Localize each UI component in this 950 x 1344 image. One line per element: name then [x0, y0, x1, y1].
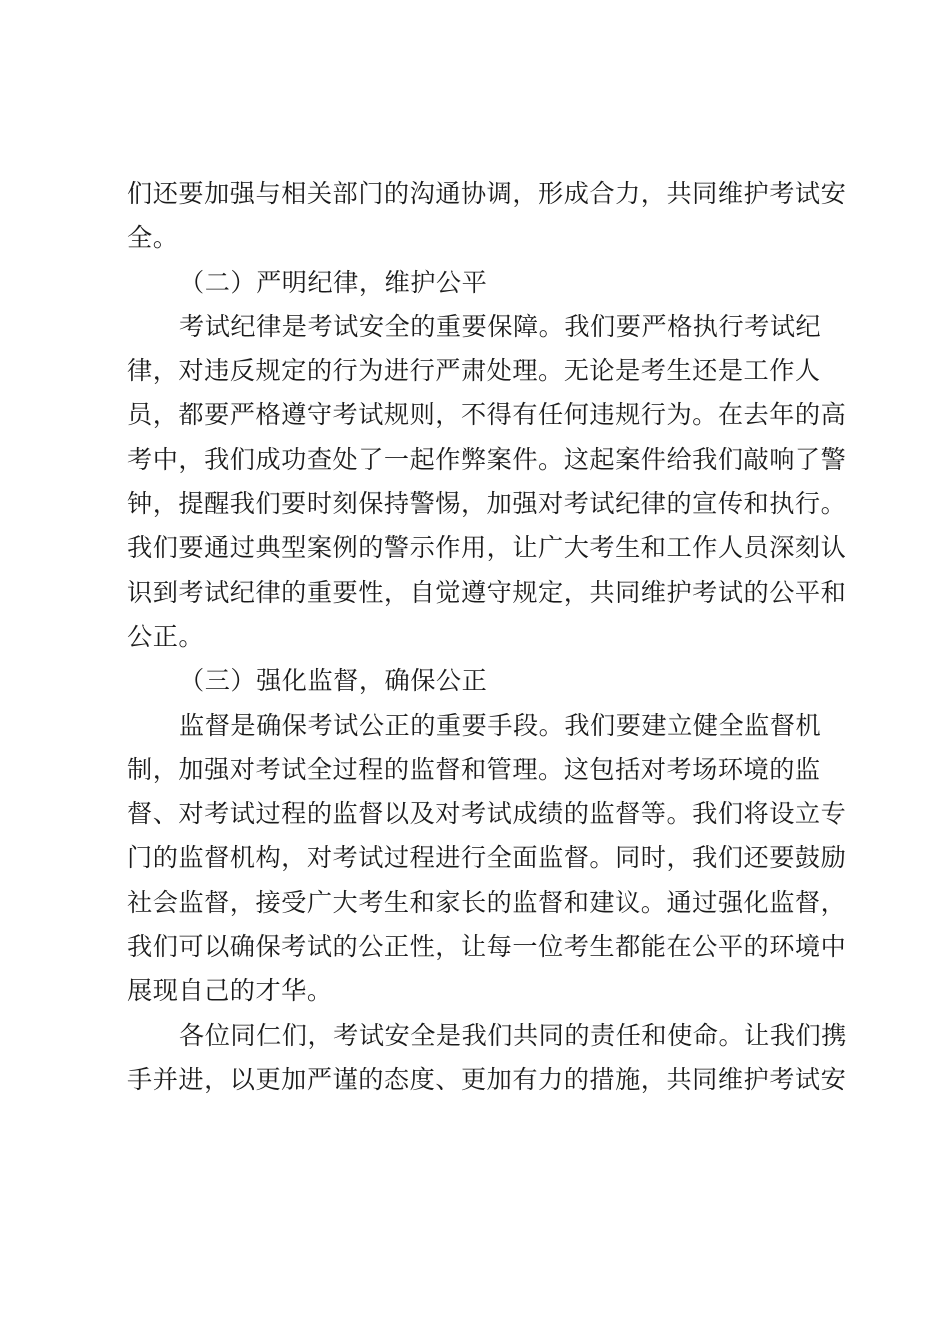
paragraph-line: 督、对考试过程的监督以及对考试成绩的监督等。我们将设立专 [127, 792, 833, 836]
paragraph-line: 员，都要严格遵守考试规则，不得有任何违规行为。在去年的高 [127, 393, 833, 437]
paragraph-line-start: 监督是确保考试公正的重要手段。我们要建立健全监督机 [127, 704, 833, 748]
paragraph-line-start: 各位同仁们，考试安全是我们共同的责任和使命。让我们携 [127, 1014, 833, 1058]
section-heading-2: （二）严明纪律，维护公平 [127, 261, 833, 305]
paragraph-line: 手并进，以更加严谨的态度、更加有力的措施，共同维护考试安 [127, 1058, 833, 1102]
paragraph-line: 我们要通过典型案例的警示作用，让广大考生和工作人员深刻认 [127, 526, 833, 570]
paragraph-line-start: 考试纪律是考试安全的重要保障。我们要严格执行考试纪 [127, 305, 833, 349]
paragraph-line: 门的监督机构，对考试过程进行全面监督。同时，我们还要鼓励 [127, 836, 833, 880]
paragraph-line: 展现自己的才华。 [127, 969, 833, 1013]
paragraph-line-continuation: 全。 [127, 216, 833, 260]
paragraph-line: 考中，我们成功查处了一起作弊案件。这起案件给我们敲响了警 [127, 438, 833, 482]
paragraph-line: 我们可以确保考试的公正性，让每一位考生都能在公平的环境中 [127, 925, 833, 969]
paragraph-line: 制，加强对考试全过程的监督和管理。这包括对考场环境的监 [127, 748, 833, 792]
paragraph-line: 律，对违反规定的行为进行严肃处理。无论是考生还是工作人 [127, 349, 833, 393]
paragraph-line: 社会监督，接受广大考生和家长的监督和建议。通过强化监督， [127, 881, 833, 925]
paragraph-line: 钟，提醒我们要时刻保持警惕，加强对考试纪律的宣传和执行。 [127, 482, 833, 526]
paragraph-line: 公正。 [127, 615, 833, 659]
paragraph-line-continuation: 们还要加强与相关部门的沟通协调，形成合力，共同维护考试安 [127, 172, 833, 216]
paragraph-line: 识到考试纪律的重要性，自觉遵守规定，共同维护考试的公平和 [127, 571, 833, 615]
document-page: 们还要加强与相关部门的沟通协调，形成合力，共同维护考试安 全。 （二）严明纪律，… [127, 172, 833, 1102]
section-heading-3: （三）强化监督，确保公正 [127, 659, 833, 703]
